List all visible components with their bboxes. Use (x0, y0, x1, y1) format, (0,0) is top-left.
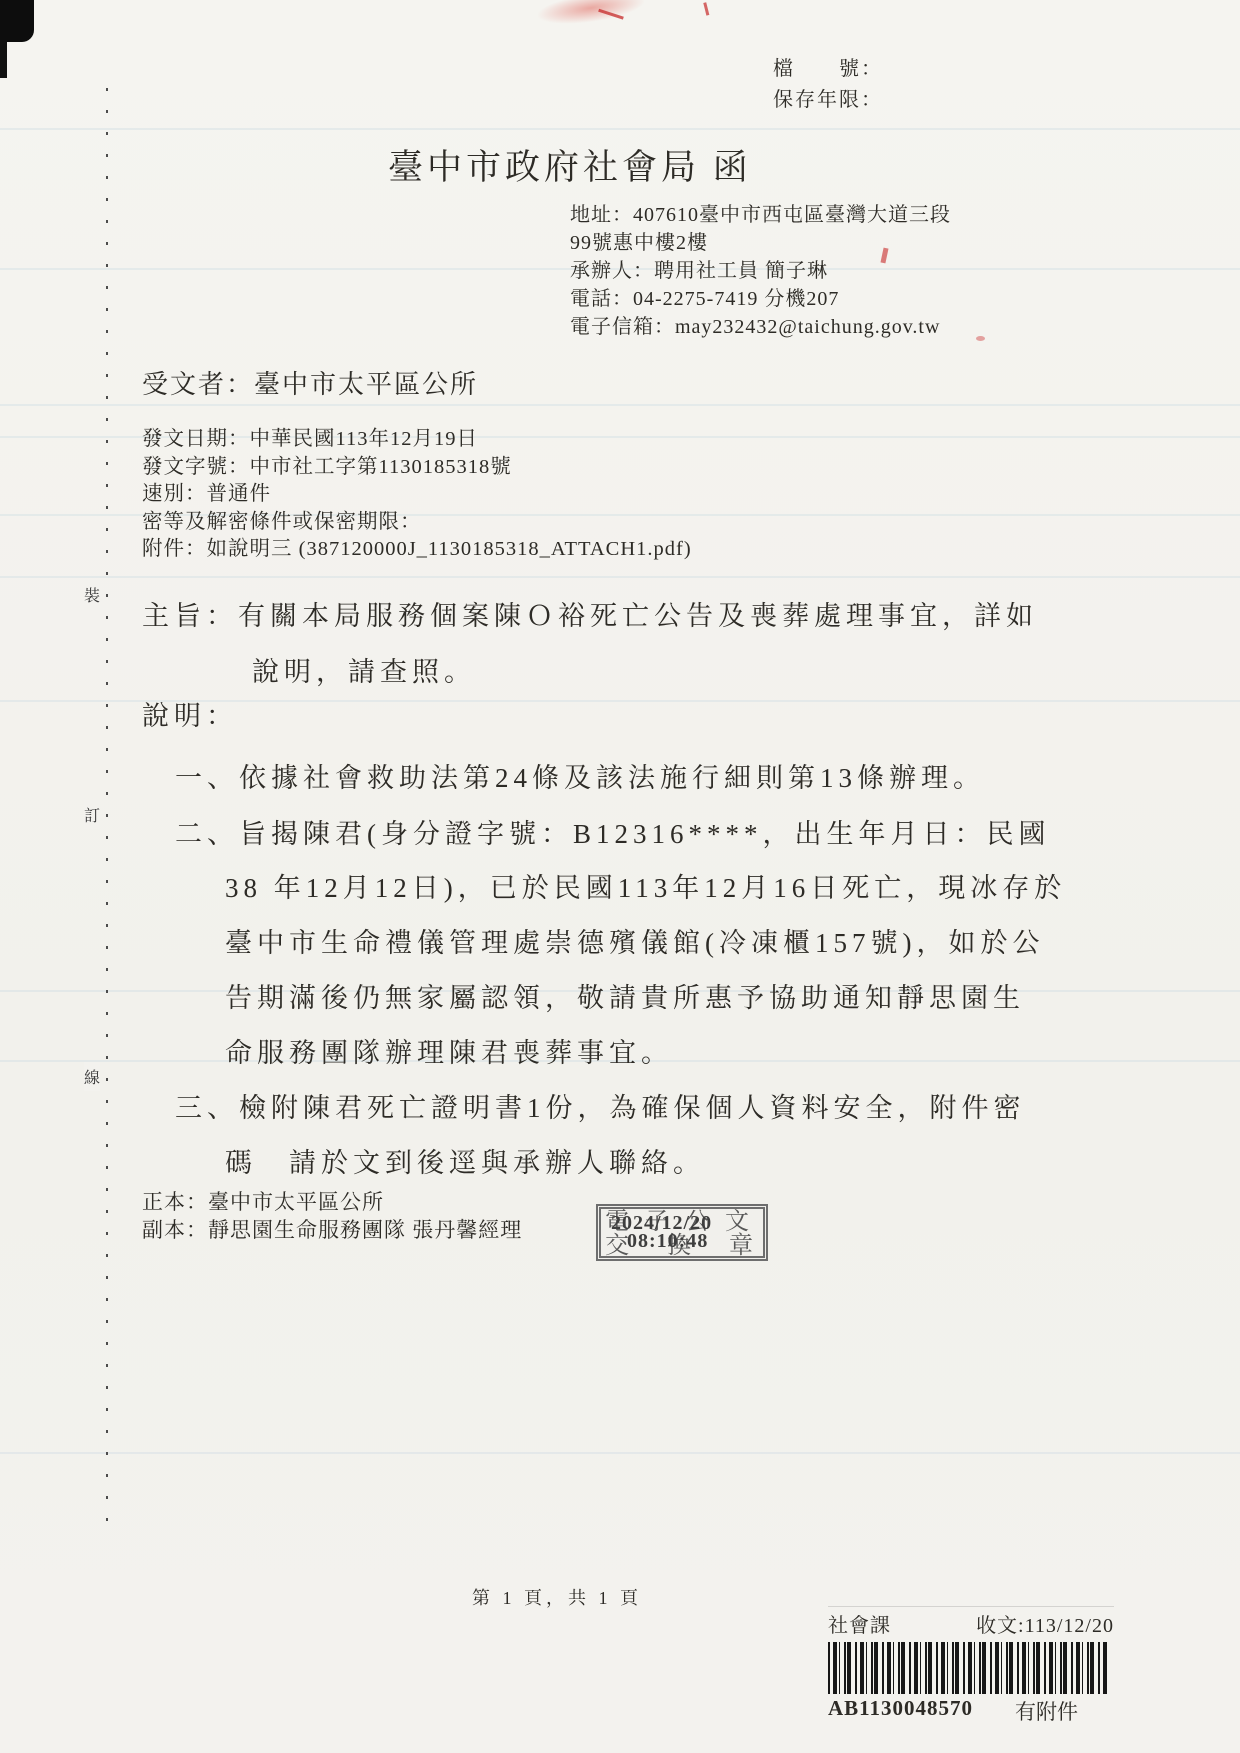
binding-char-ding: 訂 (84, 800, 100, 829)
description-item-3-line-1: 三、檢附陳君死亡證明書1份，為確保個人資料安全，附件密 (175, 1086, 1026, 1125)
recipient-line: 受文者：臺中市太平區公所 (142, 364, 478, 401)
original-copy-line: 正本：臺中市太平區公所 (142, 1186, 384, 1216)
retention-period-label: 保存年限： (773, 85, 883, 116)
description-item-2-line-5: 命服務團隊辦理陳君喪葬事宜。 (225, 1031, 673, 1070)
description-label: 說明： (142, 694, 238, 733)
red-ink-smudge (535, 0, 648, 30)
red-ink-dot (976, 336, 985, 341)
description-item-3-line-2: 碼 請於文到後逕與承辦人聯絡。 (225, 1141, 705, 1180)
scan-line (0, 576, 1240, 578)
description-item-1: 一、依據社會救助法第24條及該法施行細則第13條辦理。 (175, 756, 985, 795)
priority: 速別：普通件 (142, 481, 692, 509)
security-class: 密等及解密條件或保密期限： (142, 509, 692, 537)
receipt-registration-block: 社會課 收文:113/12/20 AB1130048570 有附件 (828, 1606, 1114, 1726)
description-item-2-line-3: 臺中市生命禮儀管理處崇德殯儀館(冷凍櫃157號)，如於公 (225, 921, 1044, 960)
red-ink-stroke (691, 2, 710, 18)
binding-dotted-line (106, 88, 108, 1526)
sender-contact-block: 地址：407610臺中市西屯區臺灣大道三段 99號惠中樓2樓 承辦人：聘用社工員… (570, 201, 951, 341)
issue-number: 發文字號：中市社工字第1130185318號 (142, 454, 692, 482)
scan-edge-mark (0, 40, 7, 78)
binding-char-xian: 線 (84, 1062, 100, 1091)
receipt-date: 收文:113/12/20 (976, 1609, 1114, 1638)
document-meta-block: 發文日期：中華民國113年12月19日 發文字號：中市社工字第113018531… (142, 426, 692, 564)
stamp-time: 08:10:48 (627, 1230, 708, 1253)
subject-line-1: 主旨：有關本局服務個案陳Ｏ裕死亡公告及喪葬處理事宜，詳如 (142, 594, 1038, 633)
electronic-document-exchange-stamp: 電子公文 交換章 2024/12/20 08:10:48 (596, 1204, 768, 1261)
description-item-2-line-2: 38 年12月12日)，已於民國113年12月16日死亡，現冰存於 (225, 866, 1066, 905)
sender-address-line1: 地址：407610臺中市西屯區臺灣大道三段 (570, 201, 951, 229)
issue-date: 發文日期：中華民國113年12月19日 (142, 426, 692, 454)
scanned-letter-page: 裝 訂 線 檔 號： 保存年限： 臺中市政府社會局 函 地址：407610臺中市… (0, 0, 1240, 1753)
receipt-attachment-note: 有附件 (1015, 1696, 1078, 1726)
sender-phone: 電話：04-2275-7419 分機207 (570, 285, 951, 313)
document-title: 臺中市政府社會局 函 (388, 140, 752, 190)
description-item-2-line-1: 二、旨揭陳君(身分證字號：B12316****，出生年月日：民國 (175, 812, 1051, 851)
file-number-block: 檔 號： 保存年限： (773, 54, 883, 116)
sender-email: 電子信箱：may232432@taichung.gov.tw (570, 313, 951, 341)
binding-char-zhuang: 裝 (84, 580, 100, 609)
page-number-footer: 第 1 頁，共 1 頁 (472, 1584, 642, 1610)
sender-officer: 承辦人：聘用社工員 簡子琳 (570, 257, 951, 285)
description-item-2-line-4: 告期滿後仍無家屬認領，敬請貴所惠予協助通知靜思園生 (225, 976, 1025, 1015)
sender-address-line2: 99號惠中樓2樓 (570, 229, 951, 257)
scan-line (0, 404, 1240, 406)
barcode-image (828, 1642, 1108, 1694)
attachment-note: 附件：如說明三 (387120000J_1130185318_ATTACH1.p… (142, 536, 692, 564)
receipt-department: 社會課 (828, 1609, 891, 1638)
scan-line (0, 1452, 1240, 1454)
cc-copy-line: 副本：靜思園生命服務團隊 張丹馨經理 (142, 1214, 522, 1244)
subject-line-2: 說明，請查照。 (252, 650, 476, 689)
scan-corner-mark (0, 0, 34, 42)
receipt-barcode-number: AB1130048570 (828, 1696, 973, 1726)
scan-line (0, 128, 1240, 130)
file-number-label: 檔 號： (773, 54, 883, 85)
